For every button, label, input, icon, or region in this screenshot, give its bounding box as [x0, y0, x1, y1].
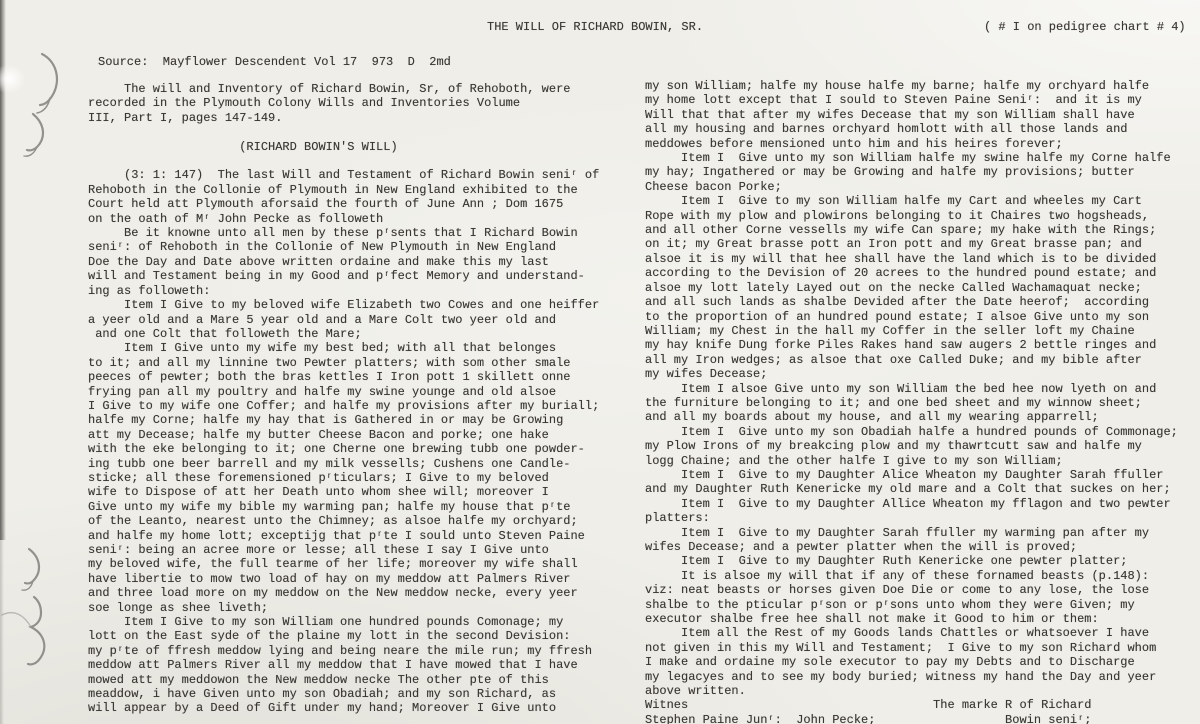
text-line: and all my boards about my house, and al… — [645, 410, 1197, 424]
text-line: and my Daughter Ruth Kenericke my old ma… — [645, 482, 1197, 496]
text-line: and one Colt that followeth the Mare; — [88, 327, 624, 341]
text-line: mowed att my meddowon the New meddow nec… — [88, 673, 624, 687]
text-line: and three load more on my meddow on the … — [88, 586, 624, 600]
text-line: according to the Devision of 20 acrees t… — [645, 266, 1197, 280]
text-line: I Give to my wife one Coffer; and halfe … — [88, 399, 624, 413]
text-line: Will that that after my wifes Decease th… — [645, 108, 1197, 122]
text-line: on it; my Great brasse pott an Iron pott… — [645, 237, 1197, 251]
text-line: Item I Give to my Daughter Allice Wheato… — [645, 497, 1197, 511]
text-line: viz: neat beasts or horses given Doe Die… — [645, 583, 1197, 597]
text-line: my beloved wife, the full tearme of her … — [88, 557, 624, 571]
text-line: Cheese bacon Porke; — [645, 180, 1197, 194]
scan-edge-shadow-lower — [0, 530, 4, 724]
scan-edge-shadow — [0, 0, 6, 540]
text-line: Item I Give unto my son Obadiah halfe a … — [645, 425, 1197, 439]
text-line: Item all the Rest of my Goods lands Chat… — [645, 626, 1197, 640]
binder-ring-marks-icon — [0, 0, 80, 724]
text-line: William; my Chest in the hall my Coffer … — [645, 324, 1197, 338]
text-line: Item I Give to my beloved wife Elizabeth… — [88, 298, 624, 312]
text-line: Item I Give to my son William one hundre… — [88, 615, 624, 629]
text-line: lott on the East syde of the plaine my l… — [88, 629, 624, 643]
text-line: wife to Dispose of att her Death unto wh… — [88, 485, 624, 499]
text-line: frying pan all my poultry and halfe my s… — [88, 385, 624, 399]
text-line: Give unto my wife my bible my warming pa… — [88, 500, 624, 514]
text-line: halfe my Corne; halfe my hay that is Gat… — [88, 413, 624, 427]
text-line: (RICHARD BOWIN'S WILL) — [88, 140, 624, 154]
text-line: Item I Give to my Daughter Sarah ffuller… — [645, 526, 1197, 540]
text-line: and all such lands as shalbe Devided aft… — [645, 295, 1197, 309]
text-line: with the eke belonging to it; one Cherne… — [88, 442, 624, 456]
text-line: (3: 1: 147) The last Will and Testament … — [88, 168, 624, 182]
pedigree-chart-note: ( # I on pedigree chart # 4) — [984, 20, 1186, 34]
text-line: It is alsoe my will that if any of these… — [645, 569, 1197, 583]
text-line: att my Decease; halfe my butter Cheese B… — [88, 428, 624, 442]
text-line: and all other Corne vessells my wife Can… — [645, 223, 1197, 237]
text-line: all my Iron wedges; as alsoe that oxe Ca… — [645, 353, 1197, 367]
text-line: my wifes Decease; — [645, 367, 1197, 381]
text-line: Be it knowne unto all men by these pʳsen… — [88, 226, 624, 240]
text-line: above written. — [645, 684, 1197, 698]
text-line: I make and ordaine my sole executor to p… — [645, 655, 1197, 669]
text-line: wifes Decease; and a pewter platter when… — [645, 540, 1197, 554]
text-line: platters: — [645, 511, 1197, 525]
text-line: recorded in the Plymouth Colony Wills an… — [88, 96, 624, 110]
text-line: alsoe my lott lately Layed out on the ne… — [645, 281, 1197, 295]
text-line: Item I Give unto my son William halfe my… — [645, 151, 1197, 165]
text-line: will appear by a Deed of Gift under my h… — [88, 701, 624, 715]
text-line: not given in this my Will and Testament;… — [645, 641, 1197, 655]
text-line: meddowes before mensioned unto him and h… — [645, 137, 1197, 151]
text-line: of the Leanto, nearest unto the Chimney;… — [88, 514, 624, 528]
text-line: ing tubb one beer barrell and my milk ve… — [88, 457, 624, 471]
text-line: seniʳ: being an acree more or lesse; all… — [88, 543, 624, 557]
text-line: shalbe to the pticular pʳson or pʳsons u… — [645, 598, 1197, 612]
page-title: THE WILL OF RICHARD BOWIN, SR. — [487, 20, 703, 34]
right-column: my son William; halfe my house halfe my … — [645, 79, 1197, 724]
text-line: to it; and all my linnine two Pewter pla… — [88, 356, 624, 370]
text-line: my Plow Irons of my breakcing plow and m… — [645, 439, 1197, 453]
text-line: peeces of pewter; both the bras kettles … — [88, 370, 624, 384]
text-line — [88, 125, 624, 139]
text-line: Court held att Plymouth aforsaid the fou… — [88, 197, 624, 211]
text-line: alsoe it is my will that hee shall have … — [645, 252, 1197, 266]
text-line: The will and Inventory of Richard Bowin,… — [88, 82, 624, 96]
document-page: THE WILL OF RICHARD BOWIN, SR. ( # I on … — [0, 0, 1200, 724]
text-line: meddow att Palmers River all my meddow t… — [88, 658, 624, 672]
text-line: III, Part I, pages 147-149. — [88, 111, 624, 125]
text-line: on the oath of Mʳ John Pecke as followet… — [88, 212, 624, 226]
text-line: soe longe as shee liveth; — [88, 601, 624, 615]
text-line: to the proportion of an hundred pound es… — [645, 310, 1197, 324]
text-line: Rope with my plow and plowirons belongin… — [645, 209, 1197, 223]
text-line: seniʳ: of Rehoboth in the Collonie of Ne… — [88, 240, 624, 254]
text-line: Item I Give to my son William halfe my C… — [645, 194, 1197, 208]
text-line: Stephen Paine Junʳ: John Pecke; Bowin se… — [645, 713, 1197, 724]
text-line: Witnes The marke R of Richard — [645, 698, 1197, 712]
text-line: Item I Give unto my wife my best bed; wi… — [88, 341, 624, 355]
scan-glare — [0, 64, 26, 94]
text-line: logg Chaine; and the other halfe I give … — [645, 454, 1197, 468]
text-line — [88, 154, 624, 168]
text-line: sticke; all these foremensioned pʳticula… — [88, 471, 624, 485]
text-line: Item I Give to my Daughter Alice Wheaton… — [645, 468, 1197, 482]
text-line: my hay knife Dung forke Piles Rakes hand… — [645, 338, 1197, 352]
text-line: have libertie to mow two load of hay on … — [88, 572, 624, 586]
text-line: will and Testament being in my Good and … — [88, 269, 624, 283]
source-line: Source: Mayflower Descendent Vol 17 973 … — [98, 55, 451, 69]
text-line: and halfe my home lott; exceptijg that p… — [88, 529, 624, 543]
text-line: the furniture belonging to it; and one b… — [645, 396, 1197, 410]
text-line: Item I Give to my Daughter Ruth Kenerick… — [645, 554, 1197, 568]
left-column: The will and Inventory of Richard Bowin,… — [88, 82, 624, 724]
text-line: meaddow, i have Given unto my son Obadia… — [88, 687, 624, 701]
text-line: executor shalbe free hee shall not make … — [645, 612, 1197, 626]
text-line: my hay; Ingathered or may be Growing and… — [645, 165, 1197, 179]
text-line: Doe the Day and Date above written ordai… — [88, 255, 624, 269]
text-line: a yeer old and a Mare 5 year old and a M… — [88, 313, 624, 327]
text-line: my pʳte of ffresh meddow lying and being… — [88, 644, 624, 658]
text-line: Rehoboth in the Collonie of Plymouth in … — [88, 183, 624, 197]
text-line: all my housing and barnes orchyard homlo… — [645, 122, 1197, 136]
text-line: ing as followeth: — [88, 284, 624, 298]
text-line: my son William; halfe my house halfe my … — [645, 79, 1197, 93]
text-line: Item I alsoe Give unto my son William th… — [645, 382, 1197, 396]
text-line: my home lott except that I sould to Stev… — [645, 93, 1197, 107]
text-line: my legacyes and to see my body buried; w… — [645, 670, 1197, 684]
